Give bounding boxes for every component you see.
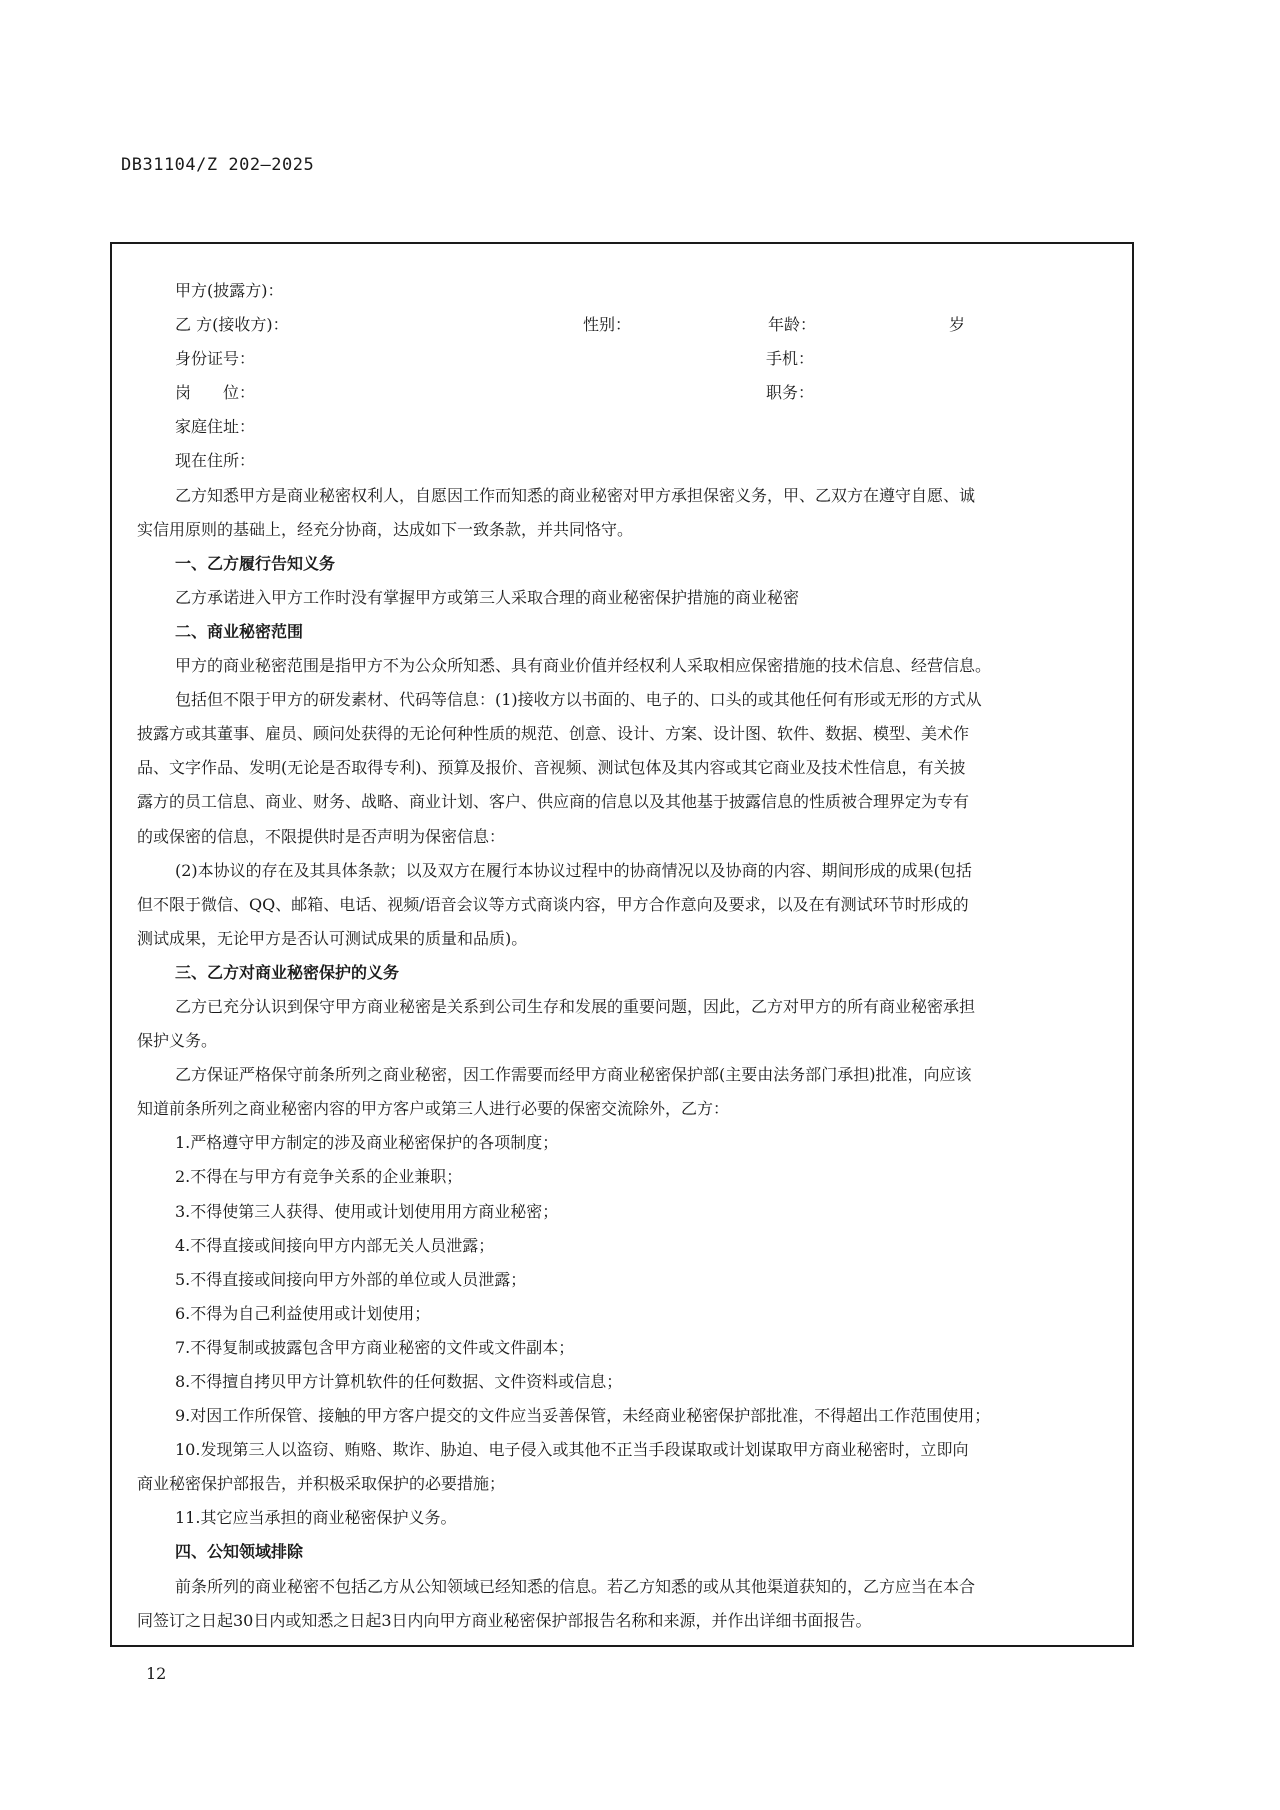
obligation-item: 11.其它应当承担的商业秘密保护义务。	[137, 1501, 1118, 1535]
intro-line: 乙方知悉甲方是商业秘密权利人，自愿因工作而知悉的商业秘密对甲方承担保密义务，甲、…	[137, 479, 1118, 513]
section-3-p2: 乙方保证严格保守前条所列之商业秘密，因工作需要而经甲方商业秘密保护部(主要由法务…	[137, 1058, 1118, 1092]
field-party-b-row: 乙 方(接收方)： 性别： 年龄： 岁	[137, 308, 1118, 342]
intro-line: 实信用原则的基础上，经充分协商，达成如下一致条款，并共同恪守。	[137, 513, 1118, 547]
section-3-p2: 知道前条所列之商业秘密内容的甲方客户或第三人进行必要的保密交流除外，乙方：	[137, 1092, 1118, 1126]
field-position-row: 岗 位： 职务：	[137, 376, 1118, 410]
section-heading-2: 二、商业秘密范围	[137, 615, 1118, 649]
section-4-text: 同签订之日起30日内或知悉之日起3日内向甲方商业秘密保护部报告名称和来源，并作出…	[137, 1604, 1118, 1638]
section-2-p1: 甲方的商业秘密范围是指甲方不为公众所知悉、具有商业价值并经权利人采取相应保密措施…	[137, 649, 1118, 683]
agreement-content: 甲方(披露方)： 乙 方(接收方)： 性别： 年龄： 岁 身份证号： 手机： 岗…	[112, 274, 1132, 1638]
section-heading-3: 三、乙方对商业秘密保护的义务	[137, 956, 1118, 990]
title-label: 职务：	[766, 376, 814, 410]
section-2-p3: 测试成果，无论甲方是否认可测试成果的质量和品质)。	[137, 922, 1118, 956]
section-3-p1: 保护义务。	[137, 1024, 1118, 1058]
obligation-item: 8.不得擅自拷贝甲方计算机软件的任何数据、文件资料或信息；	[137, 1365, 1118, 1399]
gender-label: 性别：	[583, 308, 631, 342]
obligation-item: 6.不得为自己利益使用或计划使用；	[137, 1297, 1118, 1331]
page-number: 12	[146, 1664, 166, 1683]
section-2-p3: 但不限于微信、QQ、邮箱、电话、视频/语音会议等方式商谈内容，甲方合作意向及要求…	[137, 888, 1118, 922]
current-residence-label: 现在住所：	[175, 444, 255, 478]
field-party-a: 甲方(披露方)：	[137, 274, 1118, 308]
section-2-p2: 的或保密的信息，不限提供时是否声明为保密信息：	[137, 820, 1118, 854]
mobile-label: 手机：	[766, 342, 814, 376]
section-2-p2: 披露方或其董事、雇员、顾问处获得的无论何种性质的规范、创意、设计、方案、设计图、…	[137, 717, 1118, 751]
section-2-p2: 包括但不限于甲方的研发素材、代码等信息：(1)接收方以书面的、电子的、口头的或其…	[137, 683, 1118, 717]
section-4-text: 前条所列的商业秘密不包括乙方从公知领域已经知悉的信息。若乙方知悉的或从其他渠道获…	[137, 1570, 1118, 1604]
home-address-label: 家庭住址：	[175, 410, 255, 444]
obligation-item: 9.对因工作所保管、接触的甲方客户提交的文件应当妥善保管，未经商业秘密保护部批准…	[137, 1399, 1118, 1433]
section-2-p2: 露方的员工信息、商业、财务、战略、商业计划、客户、供应商的信息以及其他基于披露信…	[137, 785, 1118, 819]
obligation-item: 7.不得复制或披露包含甲方商业秘密的文件或文件副本；	[137, 1331, 1118, 1365]
obligation-item: 4.不得直接或间接向甲方内部无关人员泄露；	[137, 1229, 1118, 1263]
obligation-item: 1.严格遵守甲方制定的涉及商业秘密保护的各项制度；	[137, 1126, 1118, 1160]
section-2-p2: 品、文字作品、发明(无论是否取得专利)、预算及报价、音视频、测试包体及其内容或其…	[137, 751, 1118, 785]
obligation-item: 3.不得使第三人获得、使用或计划使用用方商业秘密；	[137, 1195, 1118, 1229]
party-a-label: 甲方(披露方)：	[175, 274, 284, 308]
field-id-row: 身份证号： 手机：	[137, 342, 1118, 376]
position-label: 岗 位：	[175, 376, 255, 410]
section-heading-4: 四、公知领域排除	[137, 1535, 1118, 1569]
id-number-label: 身份证号：	[175, 342, 255, 376]
age-unit: 岁	[949, 308, 965, 342]
section-2-p3: (2)本协议的存在及其具体条款；以及双方在履行本协议过程中的协商情况以及协商的内…	[137, 854, 1118, 888]
obligation-item: 2.不得在与甲方有竞争关系的企业兼职；	[137, 1160, 1118, 1194]
obligation-item: 商业秘密保护部报告，并积极采取保护的必要措施；	[137, 1467, 1118, 1501]
field-current-residence: 现在住所：	[137, 444, 1118, 478]
obligation-item: 10.发现第三人以盗窃、贿赂、欺诈、胁迫、电子侵入或其他不正当手段谋取或计划谋取…	[137, 1433, 1118, 1467]
party-b-label: 乙 方(接收方)：	[175, 308, 289, 342]
document-code: DB31104/Z 202—2025	[121, 155, 314, 175]
agreement-frame: 甲方(披露方)： 乙 方(接收方)： 性别： 年龄： 岁 身份证号： 手机： 岗…	[110, 242, 1134, 1647]
section-1-text: 乙方承诺进入甲方工作时没有掌握甲方或第三人采取合理的商业秘密保护措施的商业秘密	[137, 581, 1118, 615]
obligation-item: 5.不得直接或间接向甲方外部的单位或人员泄露；	[137, 1263, 1118, 1297]
field-home-address: 家庭住址：	[137, 410, 1118, 444]
age-label: 年龄：	[768, 308, 816, 342]
section-3-p1: 乙方已充分认识到保守甲方商业秘密是关系到公司生存和发展的重要问题，因此，乙方对甲…	[137, 990, 1118, 1024]
section-heading-1: 一、乙方履行告知义务	[137, 547, 1118, 581]
